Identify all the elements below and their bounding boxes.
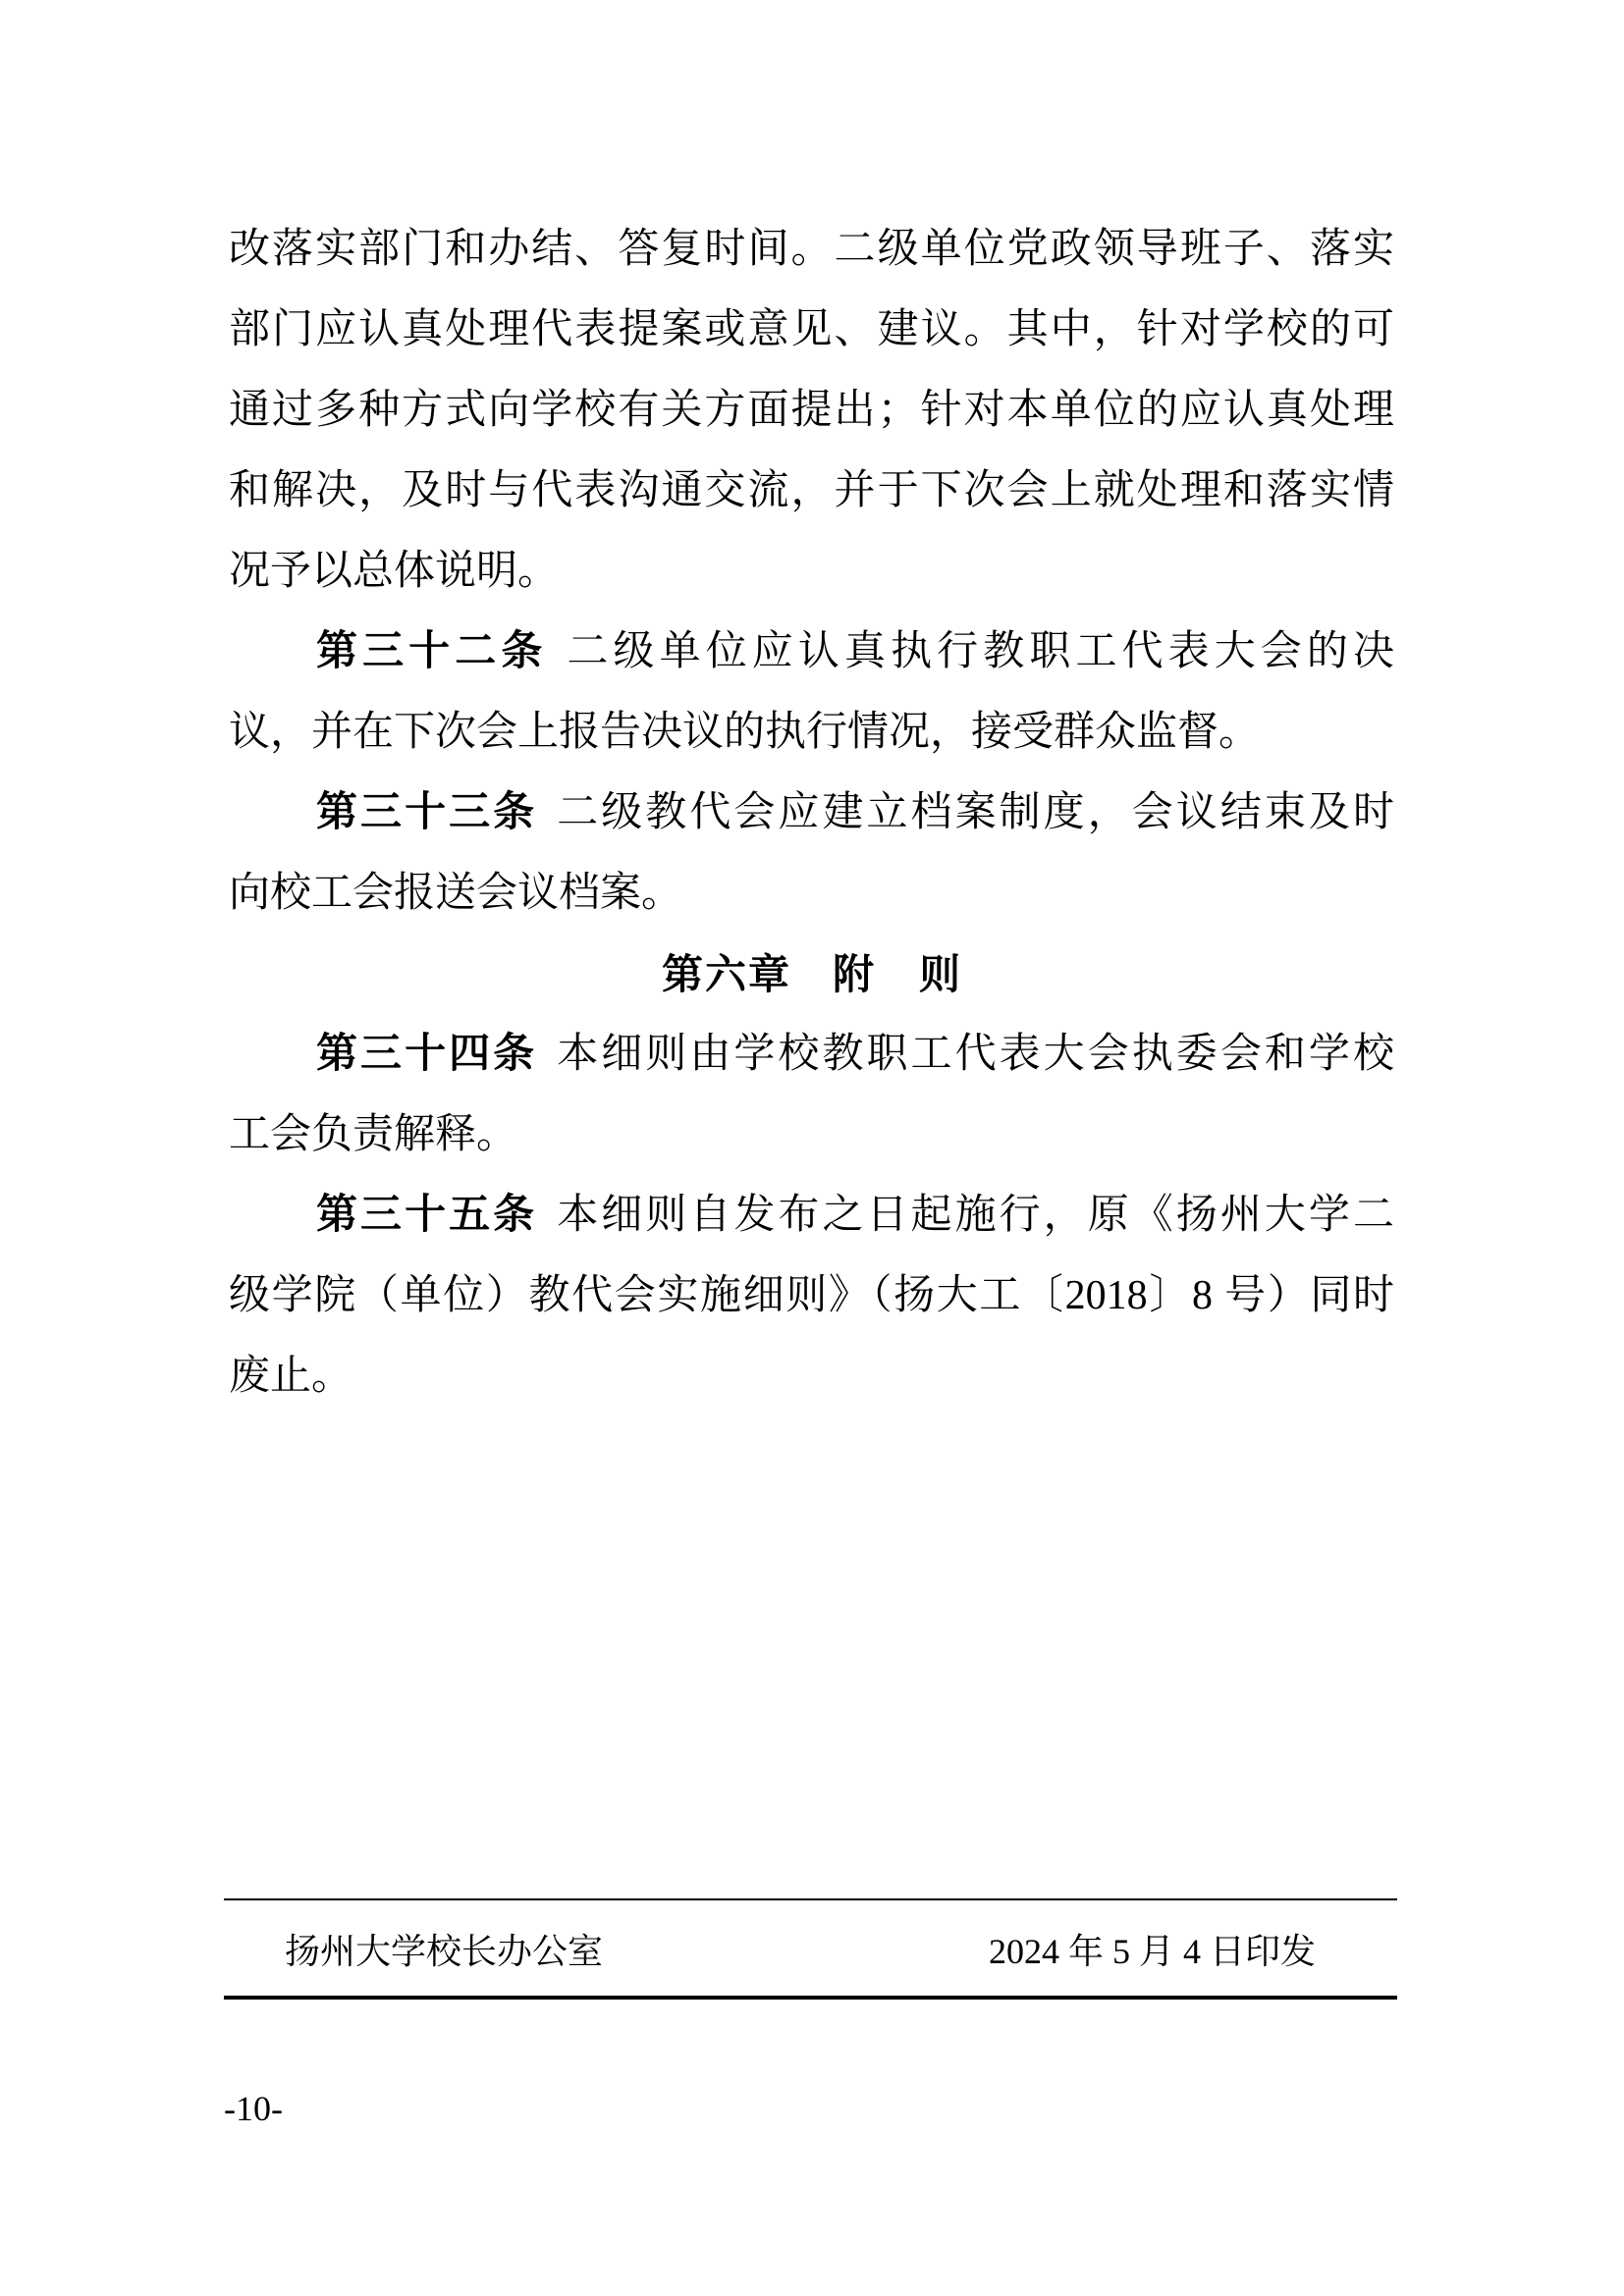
article-label: 第三十二条 <box>316 629 547 674</box>
body-line: 工会负责解释。 <box>229 1110 1394 1159</box>
body-line: 议，并在下次会上报告决议的执行情况，接受群众监督。 <box>229 708 1394 757</box>
article-33-first-line: 第三十三条二级教代会应建立档案制度，会议结束及时 <box>316 788 1394 837</box>
article-text: 二级教代会应建立档案制度，会议结束及时 <box>557 790 1394 835</box>
article-32-first-line: 第三十二条二级单位应认真执行教职工代表大会的决 <box>316 627 1394 676</box>
body-line: 向校工会报送会议档案。 <box>229 869 1394 918</box>
page-number: -10- <box>224 2089 283 2128</box>
chapter-heading: 第六章附 则 <box>0 950 1624 999</box>
issue-date: 2024 年 5 月 4 日印发 <box>989 1930 1316 1973</box>
article-text: 本细则自发布之日起施行，原《扬州大学二 <box>557 1193 1394 1238</box>
article-label: 第三十三条 <box>316 790 537 835</box>
body-line: 级学院（单位）教代会实施细则》（扬大工〔2018〕8 号）同时 <box>229 1271 1394 1320</box>
body-line: 况予以总体说明。 <box>229 547 1394 596</box>
body-line: 改落实部门和办结、答复时间。二级单位党政领导班子、落实 <box>229 225 1394 274</box>
issuer: 扬州大学校长办公室 <box>285 1930 603 1973</box>
body-line: 部门应认真处理代表提案或意见、建议。其中，针对学校的可 <box>229 305 1394 354</box>
article-35-first-line: 第三十五条本细则自发布之日起施行，原《扬州大学二 <box>316 1191 1394 1240</box>
article-label: 第三十四条 <box>316 1032 537 1077</box>
article-text: 二级单位应认真执行教职工代表大会的决 <box>567 629 1394 674</box>
body-line: 和解决，及时与代表沟通交流，并于下次会上就处理和落实情 <box>229 466 1394 515</box>
colophon-top-rule <box>224 1898 1397 1900</box>
article-text: 本细则由学校教职工代表大会执委会和学校 <box>557 1032 1394 1077</box>
document-page: 改落实部门和办结、答复时间。二级单位党政领导班子、落实 部门应认真处理代表提案或… <box>0 0 1624 2296</box>
chapter-number: 第六章 <box>662 950 791 998</box>
body-line: 废止。 <box>229 1352 1394 1401</box>
article-34-first-line: 第三十四条本细则由学校教职工代表大会执委会和学校 <box>316 1030 1394 1079</box>
body-line: 通过多种方式向学校有关方面提出；针对本单位的应认真处理 <box>229 386 1394 435</box>
colophon-bottom-rule <box>224 1996 1397 2000</box>
chapter-title: 附 则 <box>833 950 962 998</box>
article-label: 第三十五条 <box>316 1193 537 1238</box>
